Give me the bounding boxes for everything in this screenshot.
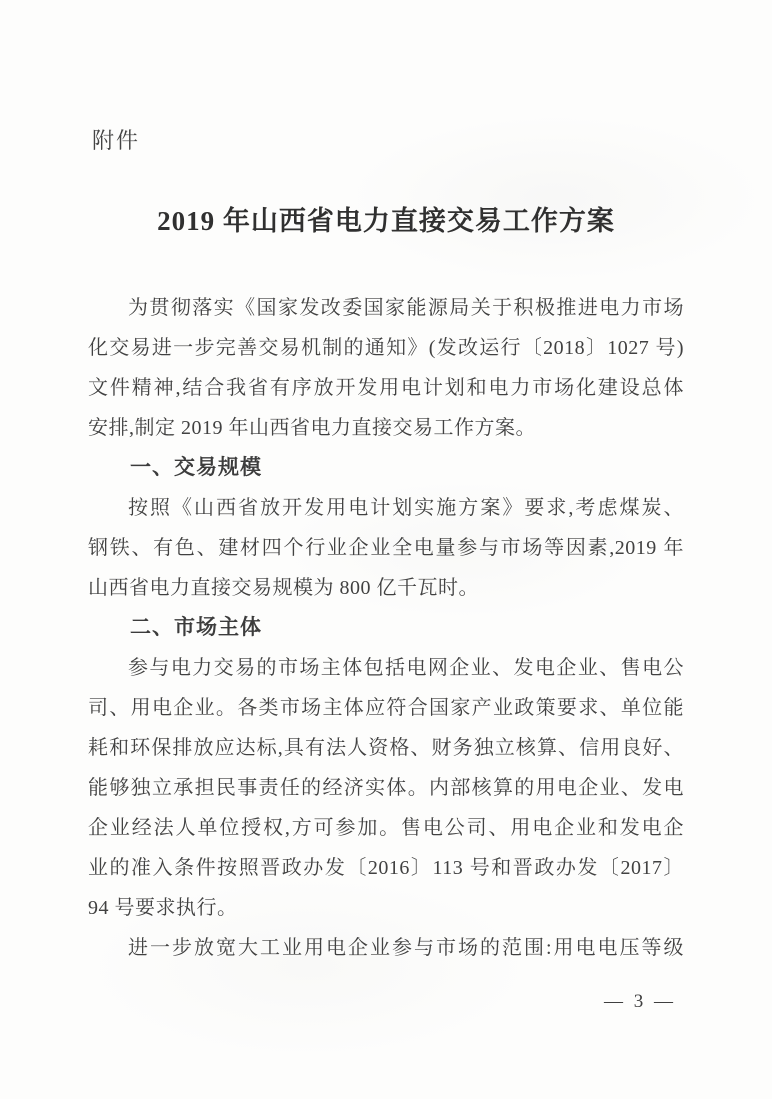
paragraph: 为贯彻落实《国家发改委国家能源局关于积极推进电力市场化交易进一步完善交易机制的通… (88, 288, 684, 448)
section-heading: 一、交易规模 (88, 448, 684, 488)
text-line: 为贯彻落实《国家发改委国家能源局关于积极推进电力市场 (88, 288, 684, 328)
paragraph: 按照《山西省放开发用电计划实施方案》要求,考虑煤炭、钢铁、有色、建材四个行业企业… (88, 488, 684, 608)
attachment-label: 附件 (92, 126, 140, 156)
text-line: 企业经法人单位授权,方可参加。售电公司、用电企业和发电企 (88, 808, 684, 848)
text-line: 化交易进一步完善交易机制的通知》(发改运行〔2018〕1027 号) (88, 328, 684, 368)
text-line: 参与电力交易的市场主体包括电网企业、发电企业、售电公 (88, 648, 684, 688)
page-number: — 3 — (604, 990, 676, 1014)
document-body: 为贯彻落实《国家发改委国家能源局关于积极推进电力市场化交易进一步完善交易机制的通… (88, 288, 684, 968)
text-line: 钢铁、有色、建材四个行业企业全电量参与市场等因素,2019 年 (88, 528, 684, 568)
section-heading: 二、市场主体 (88, 608, 684, 648)
text-line: 山西省电力直接交易规模为 800 亿千瓦时。 (88, 568, 684, 608)
document-title: 2019 年山西省电力直接交易工作方案 (0, 201, 772, 241)
text-line: 耗和环保排放应达标,具有法人资格、财务独立核算、信用良好、 (88, 728, 684, 768)
document-page: 附件 2019 年山西省电力直接交易工作方案 为贯彻落实《国家发改委国家能源局关… (0, 0, 772, 1099)
paragraph: 参与电力交易的市场主体包括电网企业、发电企业、售电公司、用电企业。各类市场主体应… (88, 648, 684, 928)
text-line: 94 号要求执行。 (88, 888, 684, 928)
text-line: 安排,制定 2019 年山西省电力直接交易工作方案。 (88, 408, 684, 448)
text-line: 进一步放宽大工业用电企业参与市场的范围:用电电压等级 (88, 928, 684, 968)
text-line: 文件精神,结合我省有序放开发用电计划和电力市场化建设总体 (88, 368, 684, 408)
text-line: 能够独立承担民事责任的经济实体。内部核算的用电企业、发电 (88, 768, 684, 808)
text-line: 司、用电企业。各类市场主体应符合国家产业政策要求、单位能 (88, 688, 684, 728)
text-line: 按照《山西省放开发用电计划实施方案》要求,考虑煤炭、 (88, 488, 684, 528)
text-line: 业的准入条件按照晋政办发〔2016〕113 号和晋政办发〔2017〕 (88, 848, 684, 888)
paragraph: 进一步放宽大工业用电企业参与市场的范围:用电电压等级 (88, 928, 684, 968)
